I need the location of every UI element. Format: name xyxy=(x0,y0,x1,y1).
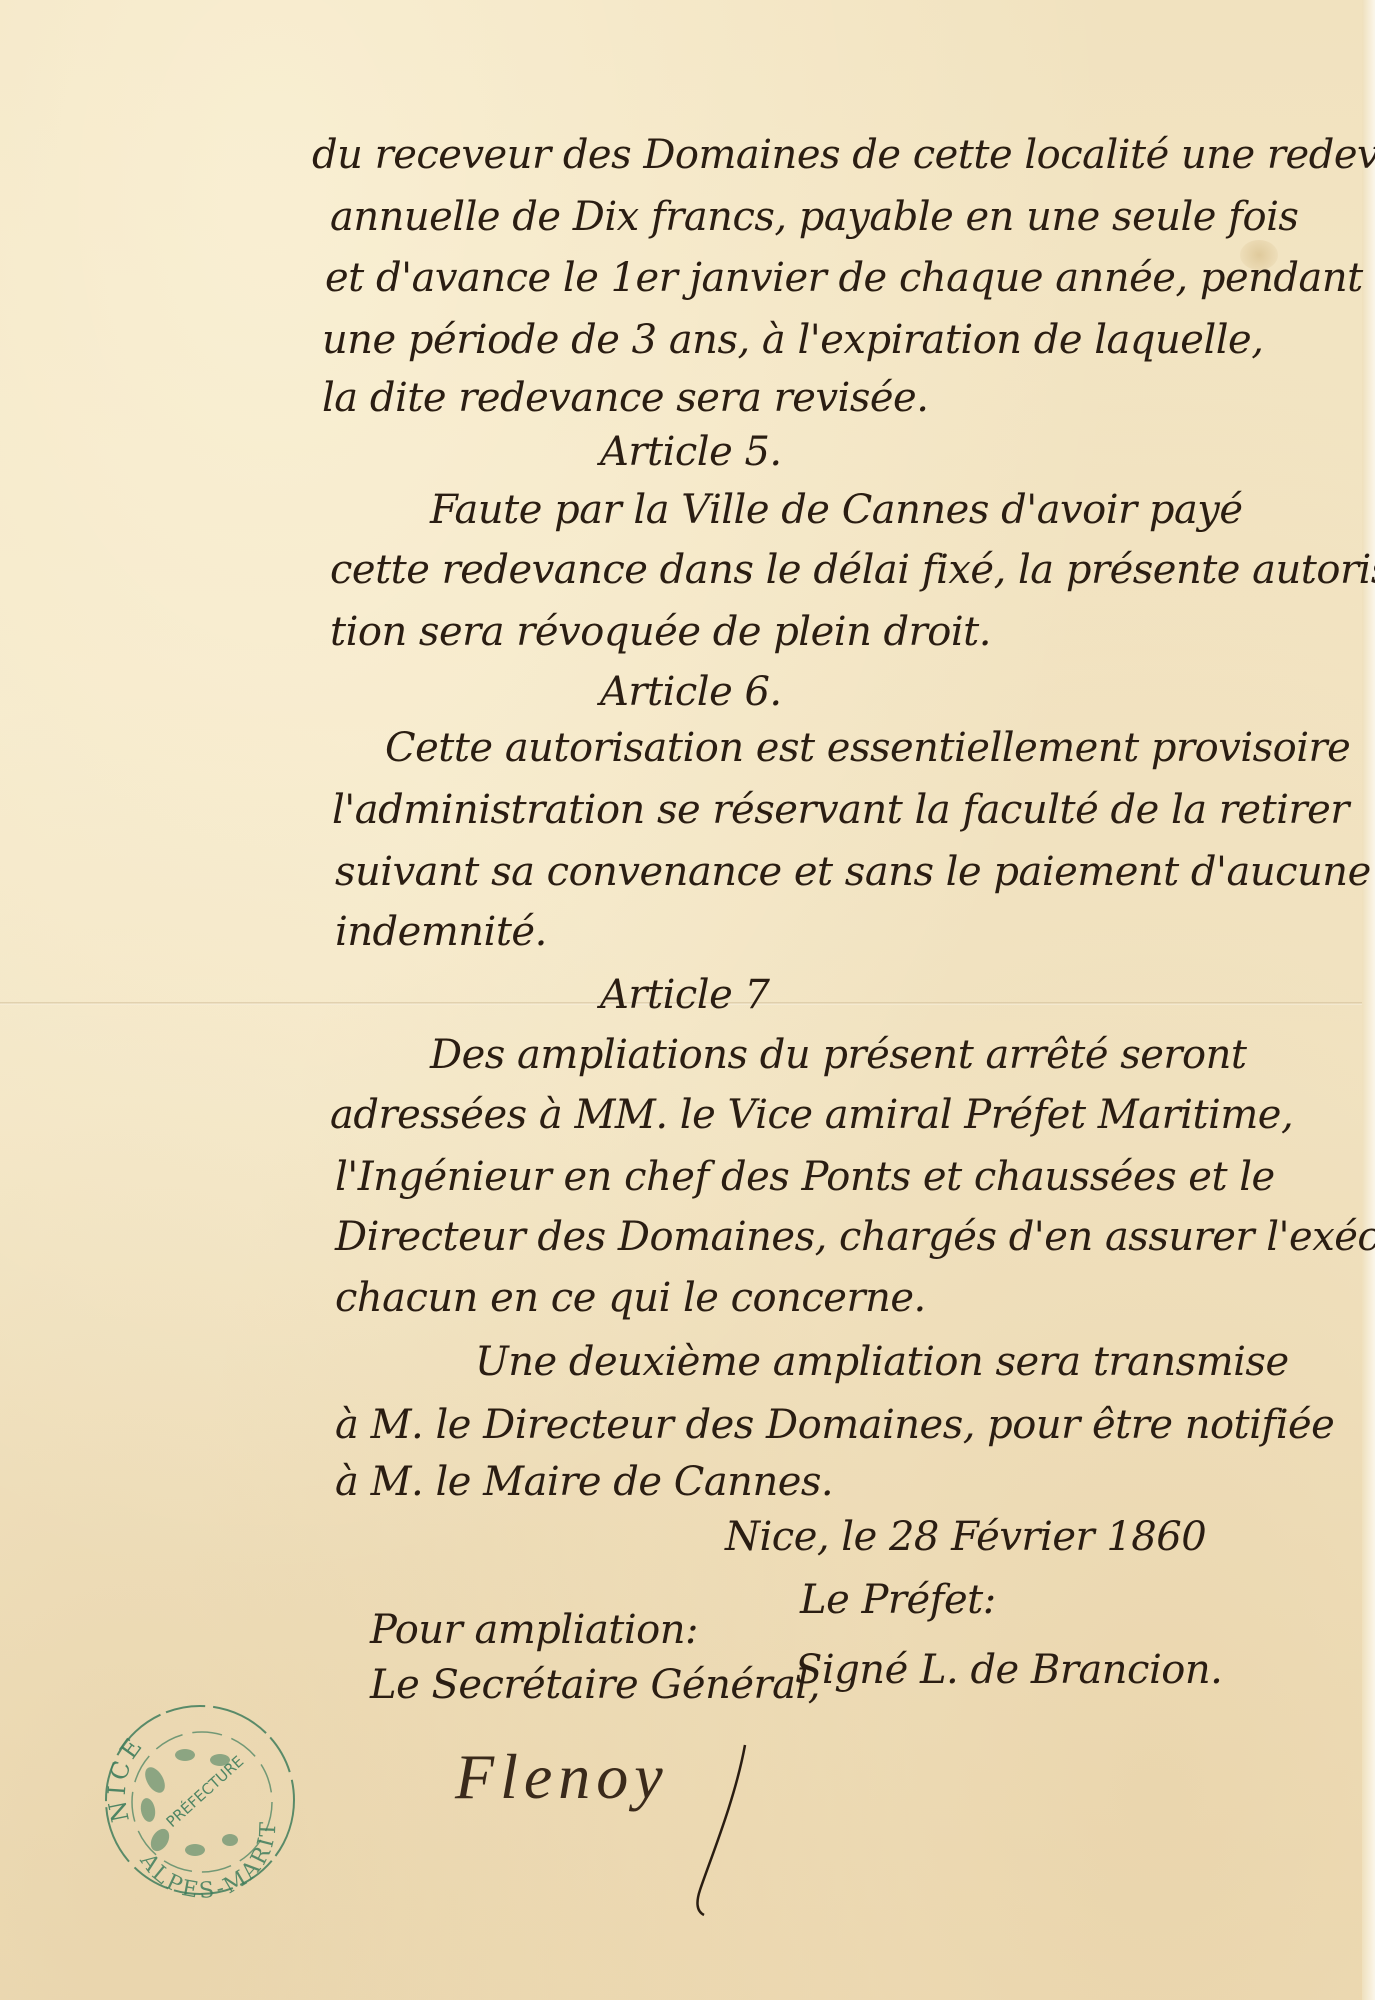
prefecture-stamp-icon: NICE ALPES-MARITIMES PRÉFECTURE xyxy=(100,1700,300,1900)
text-line: cette redevance dans le délai fixé, la p… xyxy=(330,550,1375,590)
text-line: et d'avance le 1er janvier de chaque ann… xyxy=(325,258,1363,298)
svg-text:PRÉFECTURE: PRÉFECTURE xyxy=(162,1752,247,1831)
date-line: Nice, le 28 Février 1860 xyxy=(725,1517,1206,1557)
secretary-signature: Flenoy xyxy=(455,1740,669,1814)
text-line: Cette autorisation est essentiellement p… xyxy=(385,728,1350,768)
signature-flourish xyxy=(690,1740,750,1920)
secretary-title: Le Secrétaire Général, xyxy=(370,1665,820,1705)
text-line: annuelle de Dix francs, payable en une s… xyxy=(330,197,1298,237)
text-line: indemnité. xyxy=(335,912,547,952)
text-line: Faute par la Ville de Cannes d'avoir pay… xyxy=(430,490,1243,530)
text-line: tion sera révoquée de plein droit. xyxy=(330,612,991,652)
article-heading: Article 5. xyxy=(600,432,782,472)
text-line: l'Ingénieur en chef des Ponts et chaussé… xyxy=(335,1157,1275,1197)
text-line: l'administration se réservant la faculté… xyxy=(332,790,1349,830)
text-line: chacun en ce qui le concerne. xyxy=(335,1278,926,1318)
prefect-signed: Signé L. de Brancion. xyxy=(795,1650,1222,1690)
text-line: Une deuxième ampliation sera transmise xyxy=(475,1342,1289,1382)
paper-edge xyxy=(1362,0,1375,2000)
prefect-title: Le Préfet: xyxy=(800,1580,996,1620)
for-copy-label: Pour ampliation: xyxy=(370,1610,698,1650)
article-heading: Article 7 xyxy=(600,975,769,1015)
text-line: à M. le Directeur des Domaines, pour êtr… xyxy=(335,1405,1334,1445)
text-line: Directeur des Domaines, chargés d'en ass… xyxy=(335,1217,1375,1257)
text-line: une période de 3 ans, à l'expiration de … xyxy=(322,320,1263,360)
text-line: la dite redevance sera revisée. xyxy=(322,378,928,418)
text-line: Des ampliations du présent arrêté seront xyxy=(430,1035,1246,1075)
article-heading: Article 6. xyxy=(600,672,782,712)
text-line: à M. le Maire de Cannes. xyxy=(335,1462,833,1502)
text-line: adressées à MM. le Vice amiral Préfet Ma… xyxy=(330,1095,1293,1135)
text-line: suivant sa convenance et sans le paiemen… xyxy=(335,852,1371,892)
text-line: du receveur des Domaines de cette locali… xyxy=(312,135,1375,175)
